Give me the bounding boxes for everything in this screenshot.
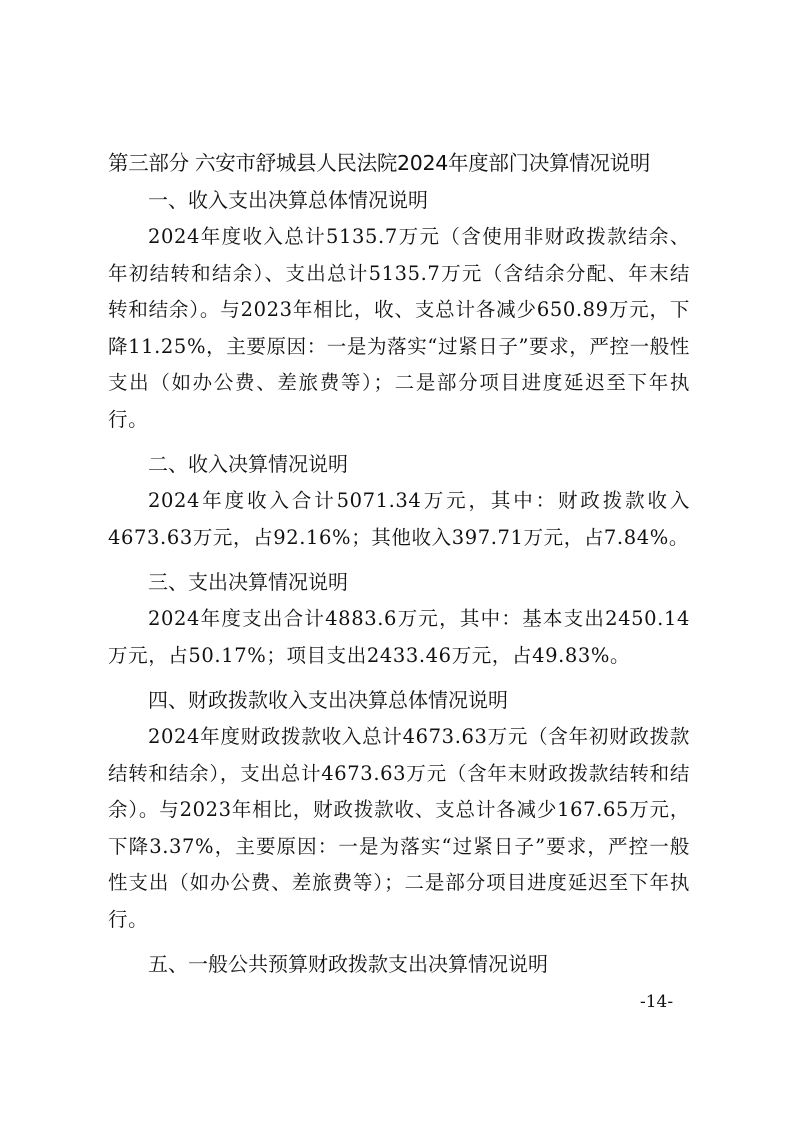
document-page: 第三部分 六安市舒城县人民法院2024年度部门决算情况说明 一、收入支出决算总体… — [108, 145, 690, 983]
section-heading-2: 二、收入决算情况说明 — [108, 446, 690, 483]
section-heading-3: 三、支出决算情况说明 — [108, 564, 690, 601]
document-title: 第三部分 六安市舒城县人民法院2024年度部门决算情况说明 — [108, 145, 690, 182]
section-paragraph-3: 2024年度支出合计4883.6万元，其中：基本支出2450.14万元，占50.… — [108, 601, 690, 674]
section-paragraph-4: 2024年度财政拨款收入总计4673.63万元（含年初财政拨款结转和结余），支出… — [108, 719, 690, 938]
section-paragraph-1: 2024年度收入总计5135.7万元（含使用非财政拨款结余、年初结转和结余）、支… — [108, 219, 690, 438]
section-paragraph-2: 2024年度收入合计5071.34万元，其中：财政拨款收入4673.63万元，占… — [108, 483, 690, 556]
section-heading-1: 一、收入支出决算总体情况说明 — [108, 182, 690, 219]
section-heading-5: 五、一般公共预算财政拨款支出决算情况说明 — [108, 946, 690, 983]
page-number: -14- — [640, 992, 673, 1012]
section-heading-4: 四、财政拨款收入支出决算总体情况说明 — [108, 682, 690, 719]
